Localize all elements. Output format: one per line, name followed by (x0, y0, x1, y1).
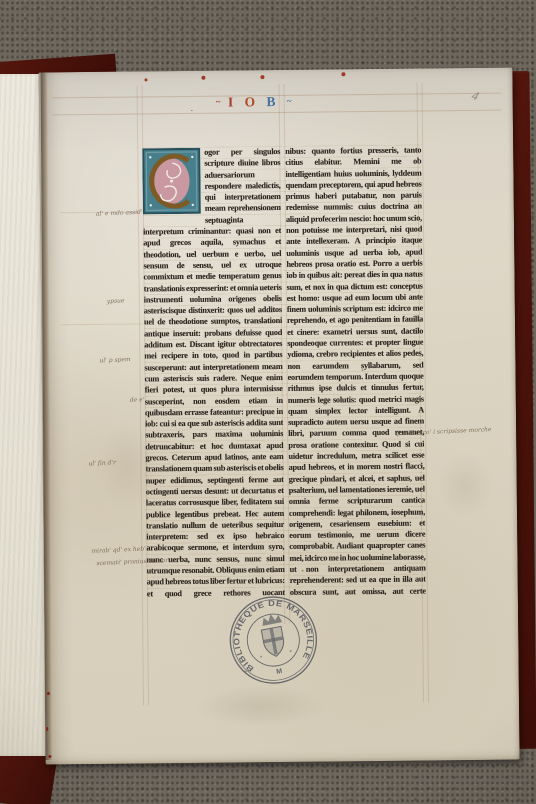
gutter-stain (48, 755, 51, 758)
gutter-stain (47, 692, 50, 695)
photo-vignette (0, 0, 536, 804)
manuscript-photograph: . ~ I O B ~ 4 (0, 0, 536, 804)
gutter-stain (46, 727, 48, 731)
